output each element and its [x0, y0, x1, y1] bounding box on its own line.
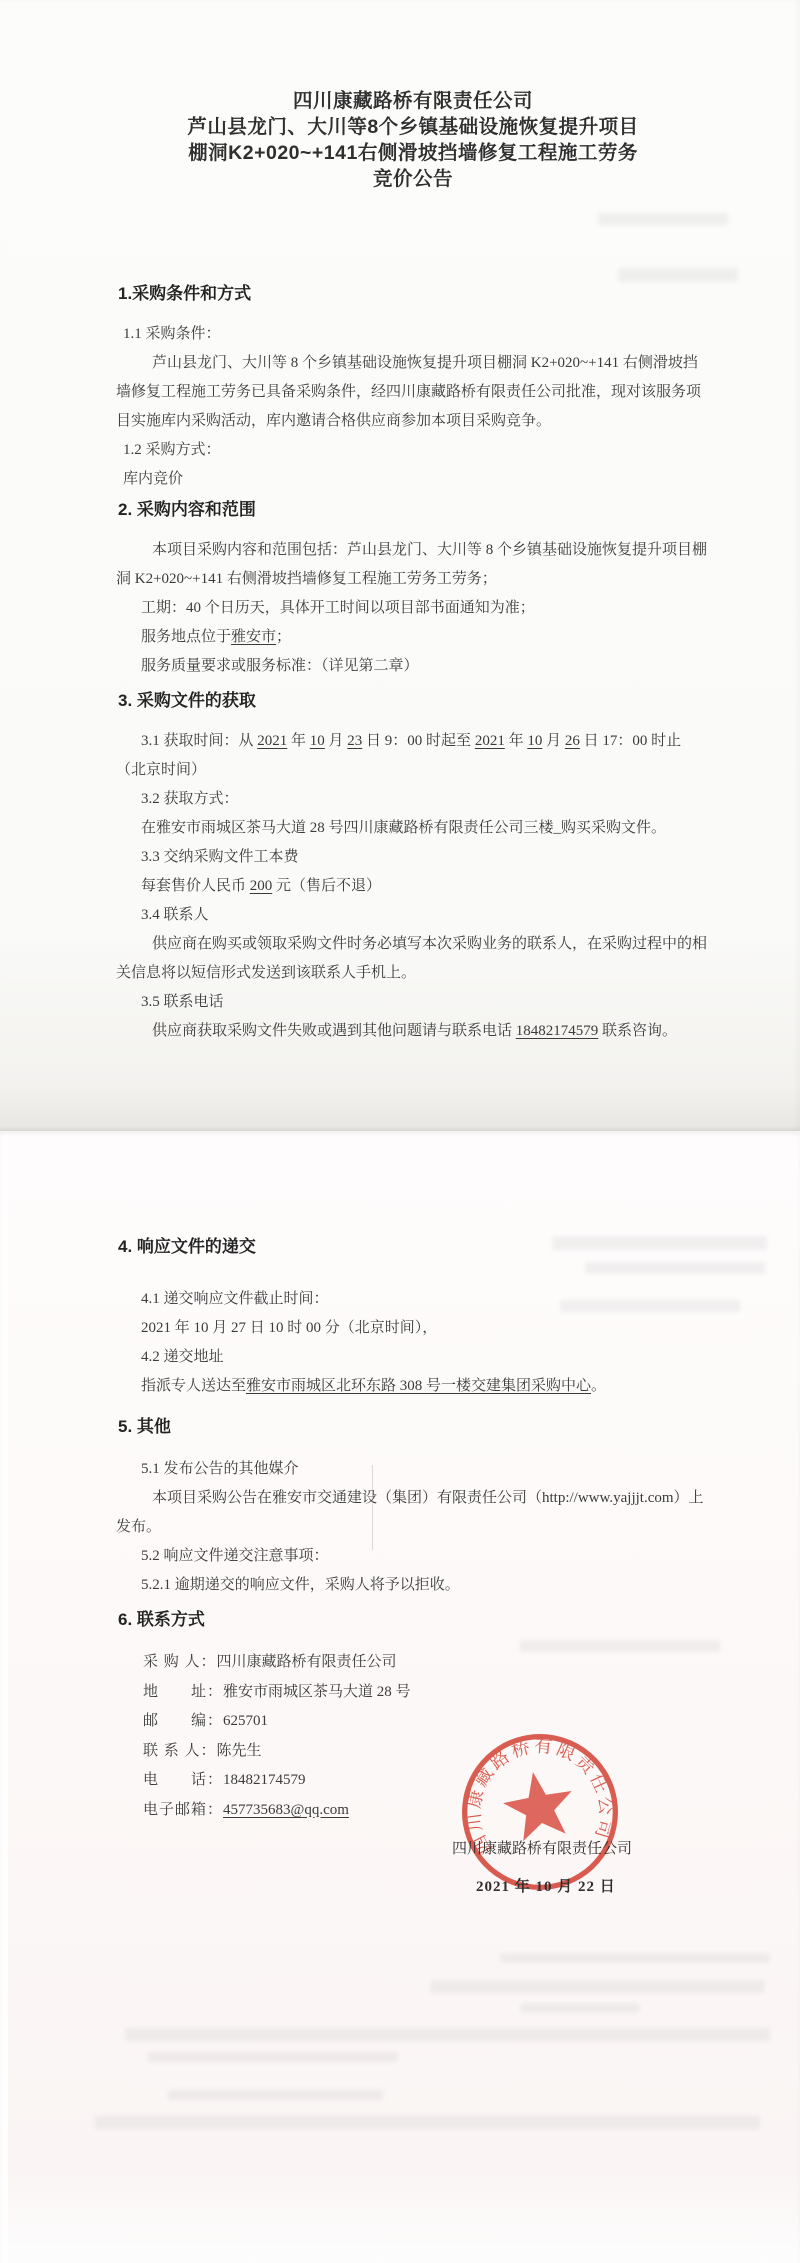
title-line-notice-type: 竞价公告 — [116, 166, 710, 192]
text-segment: 供应商获取采购文件失败或遇到其他问题请与联系电话 — [152, 1023, 516, 1039]
text-segment: 。 — [591, 1378, 606, 1394]
bleedthrough-artifact — [618, 268, 738, 282]
contact-value: 陈先生 — [217, 1743, 262, 1759]
text-segment: 10 — [310, 733, 325, 749]
item-1-2-value: 库内竞价 — [123, 465, 710, 494]
item-3-5-body: 供应商获取采购文件失败或遇到其他问题请与联系电话 18482174579 联系咨… — [116, 1017, 710, 1046]
text-segment: 联系咨询。 — [598, 1023, 677, 1039]
contact-label: 电 话： — [143, 1772, 223, 1788]
text-segment: 每套售价人民币 — [141, 878, 250, 894]
text-segment: 200 — [250, 878, 273, 894]
text-segment: ； — [276, 629, 291, 645]
contact-value: 四川康藏路桥有限责任公司 — [217, 1654, 397, 1670]
item-3-2-label: 3.2 获取方式： — [141, 785, 710, 814]
section-1-heading: 1.采购条件和方式 — [118, 282, 710, 306]
item-1-2-label: 1.2 采购方式： — [123, 436, 710, 465]
text-segment: 指派专人送达至 — [141, 1378, 246, 1394]
item-4-2-label: 4.2 递交地址 — [141, 1343, 710, 1372]
service-location-line: 服务地点位于雅安市； — [141, 623, 710, 652]
bleedthrough-artifact — [560, 1300, 740, 1312]
text-segment: 服务地点位于 — [141, 629, 231, 645]
item-5-2-1-line: 5.2.1 逾期递交的响应文件，采购人将予以拒收。 — [141, 1571, 710, 1600]
text-segment: 年 — [505, 733, 528, 749]
item-3-2-body: 在雅安市雨城区茶马大道 28 号四川康藏路桥有限责任公司三楼_购买采购文件。 — [141, 814, 710, 843]
text-segment: 18482174579 — [516, 1023, 599, 1039]
item-3-3-price: 每套售价人民币 200 元（售后不退） — [141, 872, 710, 901]
signature-date: 2021 年 10 月 22 日 — [476, 1876, 712, 1898]
section-6-heading: 6. 联系方式 — [118, 1608, 710, 1632]
item-5-1-body: 本项目采购公告在雅安市交通建设（集团）有限责任公司（http://www.yaj… — [116, 1484, 710, 1542]
contact-value: 雅安市雨城区茶马大道 28 号 — [223, 1684, 411, 1700]
item-3-1-time: 3.1 获取时间：从 2021 年 10 月 23 日 9：00 时起至 202… — [116, 727, 710, 785]
section-5-heading: 5. 其他 — [118, 1415, 710, 1439]
text-segment: 3.1 获取时间：从 — [141, 733, 257, 749]
signature-company: 四川康藏路桥有限责任公司 — [452, 1838, 712, 1860]
bleedthrough-artifact — [125, 2028, 770, 2041]
text-segment: 10 — [527, 733, 542, 749]
section-2-body: 本项目采购内容和范围包括：芦山县龙门、大川等 8 个乡镇基础设施恢复提升项目棚洞… — [116, 536, 710, 594]
contact-value: 625701 — [223, 1713, 268, 1729]
text-segment: 日 9：00 时起至 — [362, 733, 475, 749]
contact-row-purchaser: 采 购 人：四川康藏路桥有限责任公司 — [143, 1648, 710, 1678]
text-segment: 23 — [347, 733, 362, 749]
contact-block: 采 购 人：四川康藏路桥有限责任公司 地 址：雅安市雨城区茶马大道 28 号 邮… — [143, 1648, 710, 1825]
bleedthrough-artifact — [520, 1640, 720, 1652]
item-3-5-label: 3.5 联系电话 — [141, 988, 710, 1017]
text-segment: 雅安市 — [231, 629, 276, 645]
item-1-1-body: 芦山县龙门、大川等 8 个乡镇基础设施恢复提升项目棚洞 K2+020~+141 … — [116, 349, 710, 436]
item-5-2-label: 5.2 响应文件递交注意事项： — [141, 1542, 710, 1571]
text-segment: 2021 — [257, 733, 287, 749]
document-title: 四川康藏路桥有限责任公司 芦山县龙门、大川等8个乡镇基础设施恢复提升项目 棚洞K… — [116, 88, 710, 192]
bleedthrough-artifact — [552, 1236, 767, 1250]
text-segment: 26 — [565, 733, 580, 749]
contact-row-postcode: 邮 编：625701 — [143, 1707, 710, 1737]
bleedthrough-artifact — [500, 1953, 770, 1963]
text-segment: 年 — [287, 733, 310, 749]
item-3-3-label: 3.3 交纳采购文件工本费 — [141, 843, 710, 872]
bleedthrough-artifact — [168, 2090, 383, 2100]
text-segment: 雅安市雨城区北环东路 308 号一楼交建集团采购中心 — [246, 1378, 591, 1394]
contact-row-phone: 电 话：18482174579 — [143, 1766, 710, 1796]
item-4-1-value: 2021 年 10 月 27 日 10 时 00 分（北京时间）， — [141, 1314, 710, 1343]
title-line-project: 芦山县龙门、大川等8个乡镇基础设施恢复提升项目 — [116, 114, 710, 140]
contact-label: 地 址： — [143, 1684, 223, 1700]
bleedthrough-artifact — [148, 2052, 398, 2062]
page-1: 四川康藏路桥有限责任公司 芦山县龙门、大川等8个乡镇基础设施恢复提升项目 棚洞K… — [0, 0, 800, 1131]
item-3-4-body: 供应商在购买或领取采购文件时务必填写本次采购业务的联系人，在采购过程中的相关信息… — [116, 930, 710, 988]
contact-label: 联 系 人： — [143, 1743, 217, 1759]
item-4-2-address: 指派专人送达至雅安市雨城区北环东路 308 号一楼交建集团采购中心。 — [141, 1372, 710, 1401]
bleedthrough-artifact — [430, 1980, 765, 1993]
quality-standard-line: 服务质量要求或服务标准：（详见第二章） — [141, 652, 710, 681]
contact-label: 电子邮箱： — [143, 1802, 223, 1818]
item-1-1-label: 1.1 采购条件： — [123, 320, 710, 349]
bleedthrough-artifact — [585, 1262, 765, 1274]
title-line-company: 四川康藏路桥有限责任公司 — [116, 88, 710, 114]
crease-line — [372, 1465, 373, 1550]
item-5-1-label: 5.1 发布公告的其他媒介 — [141, 1455, 710, 1484]
text-segment: 月 — [542, 733, 565, 749]
contact-row-email: 电子邮箱：457735683@qq.com — [143, 1796, 710, 1826]
contact-label: 邮 编： — [143, 1713, 223, 1729]
duration-line: 工期：40 个日历天，具体开工时间以项目部书面通知为准； — [141, 594, 710, 623]
text-segment: 元（售后不退） — [272, 878, 381, 894]
bleedthrough-artifact — [520, 2003, 640, 2013]
signature-block: 四川康藏路桥有限责任公司 2021 年 10 月 22 日 — [452, 1838, 712, 1898]
text-segment: 月 — [325, 733, 348, 749]
contact-value: 18482174579 — [223, 1772, 306, 1788]
section-3-heading: 3. 采购文件的获取 — [118, 689, 710, 713]
contact-email-value: 457735683@qq.com — [223, 1802, 349, 1818]
section-2-heading: 2. 采购内容和范围 — [118, 498, 710, 522]
text-segment: 2021 — [475, 733, 505, 749]
bleedthrough-artifact — [95, 2116, 760, 2129]
bleedthrough-artifact — [598, 213, 728, 225]
contact-row-person: 联 系 人：陈先生 — [143, 1737, 710, 1767]
scanned-procurement-notice: { "doc": { "title": { "lines": [ "四川康藏路桥… — [0, 0, 800, 2263]
title-line-works: 棚洞K2+020~+141右侧滑坡挡墙修复工程施工劳务 — [116, 140, 710, 166]
item-3-4-label: 3.4 联系人 — [141, 901, 710, 930]
contact-row-address: 地 址：雅安市雨城区茶马大道 28 号 — [143, 1678, 710, 1708]
contact-label: 采 购 人： — [143, 1654, 217, 1670]
